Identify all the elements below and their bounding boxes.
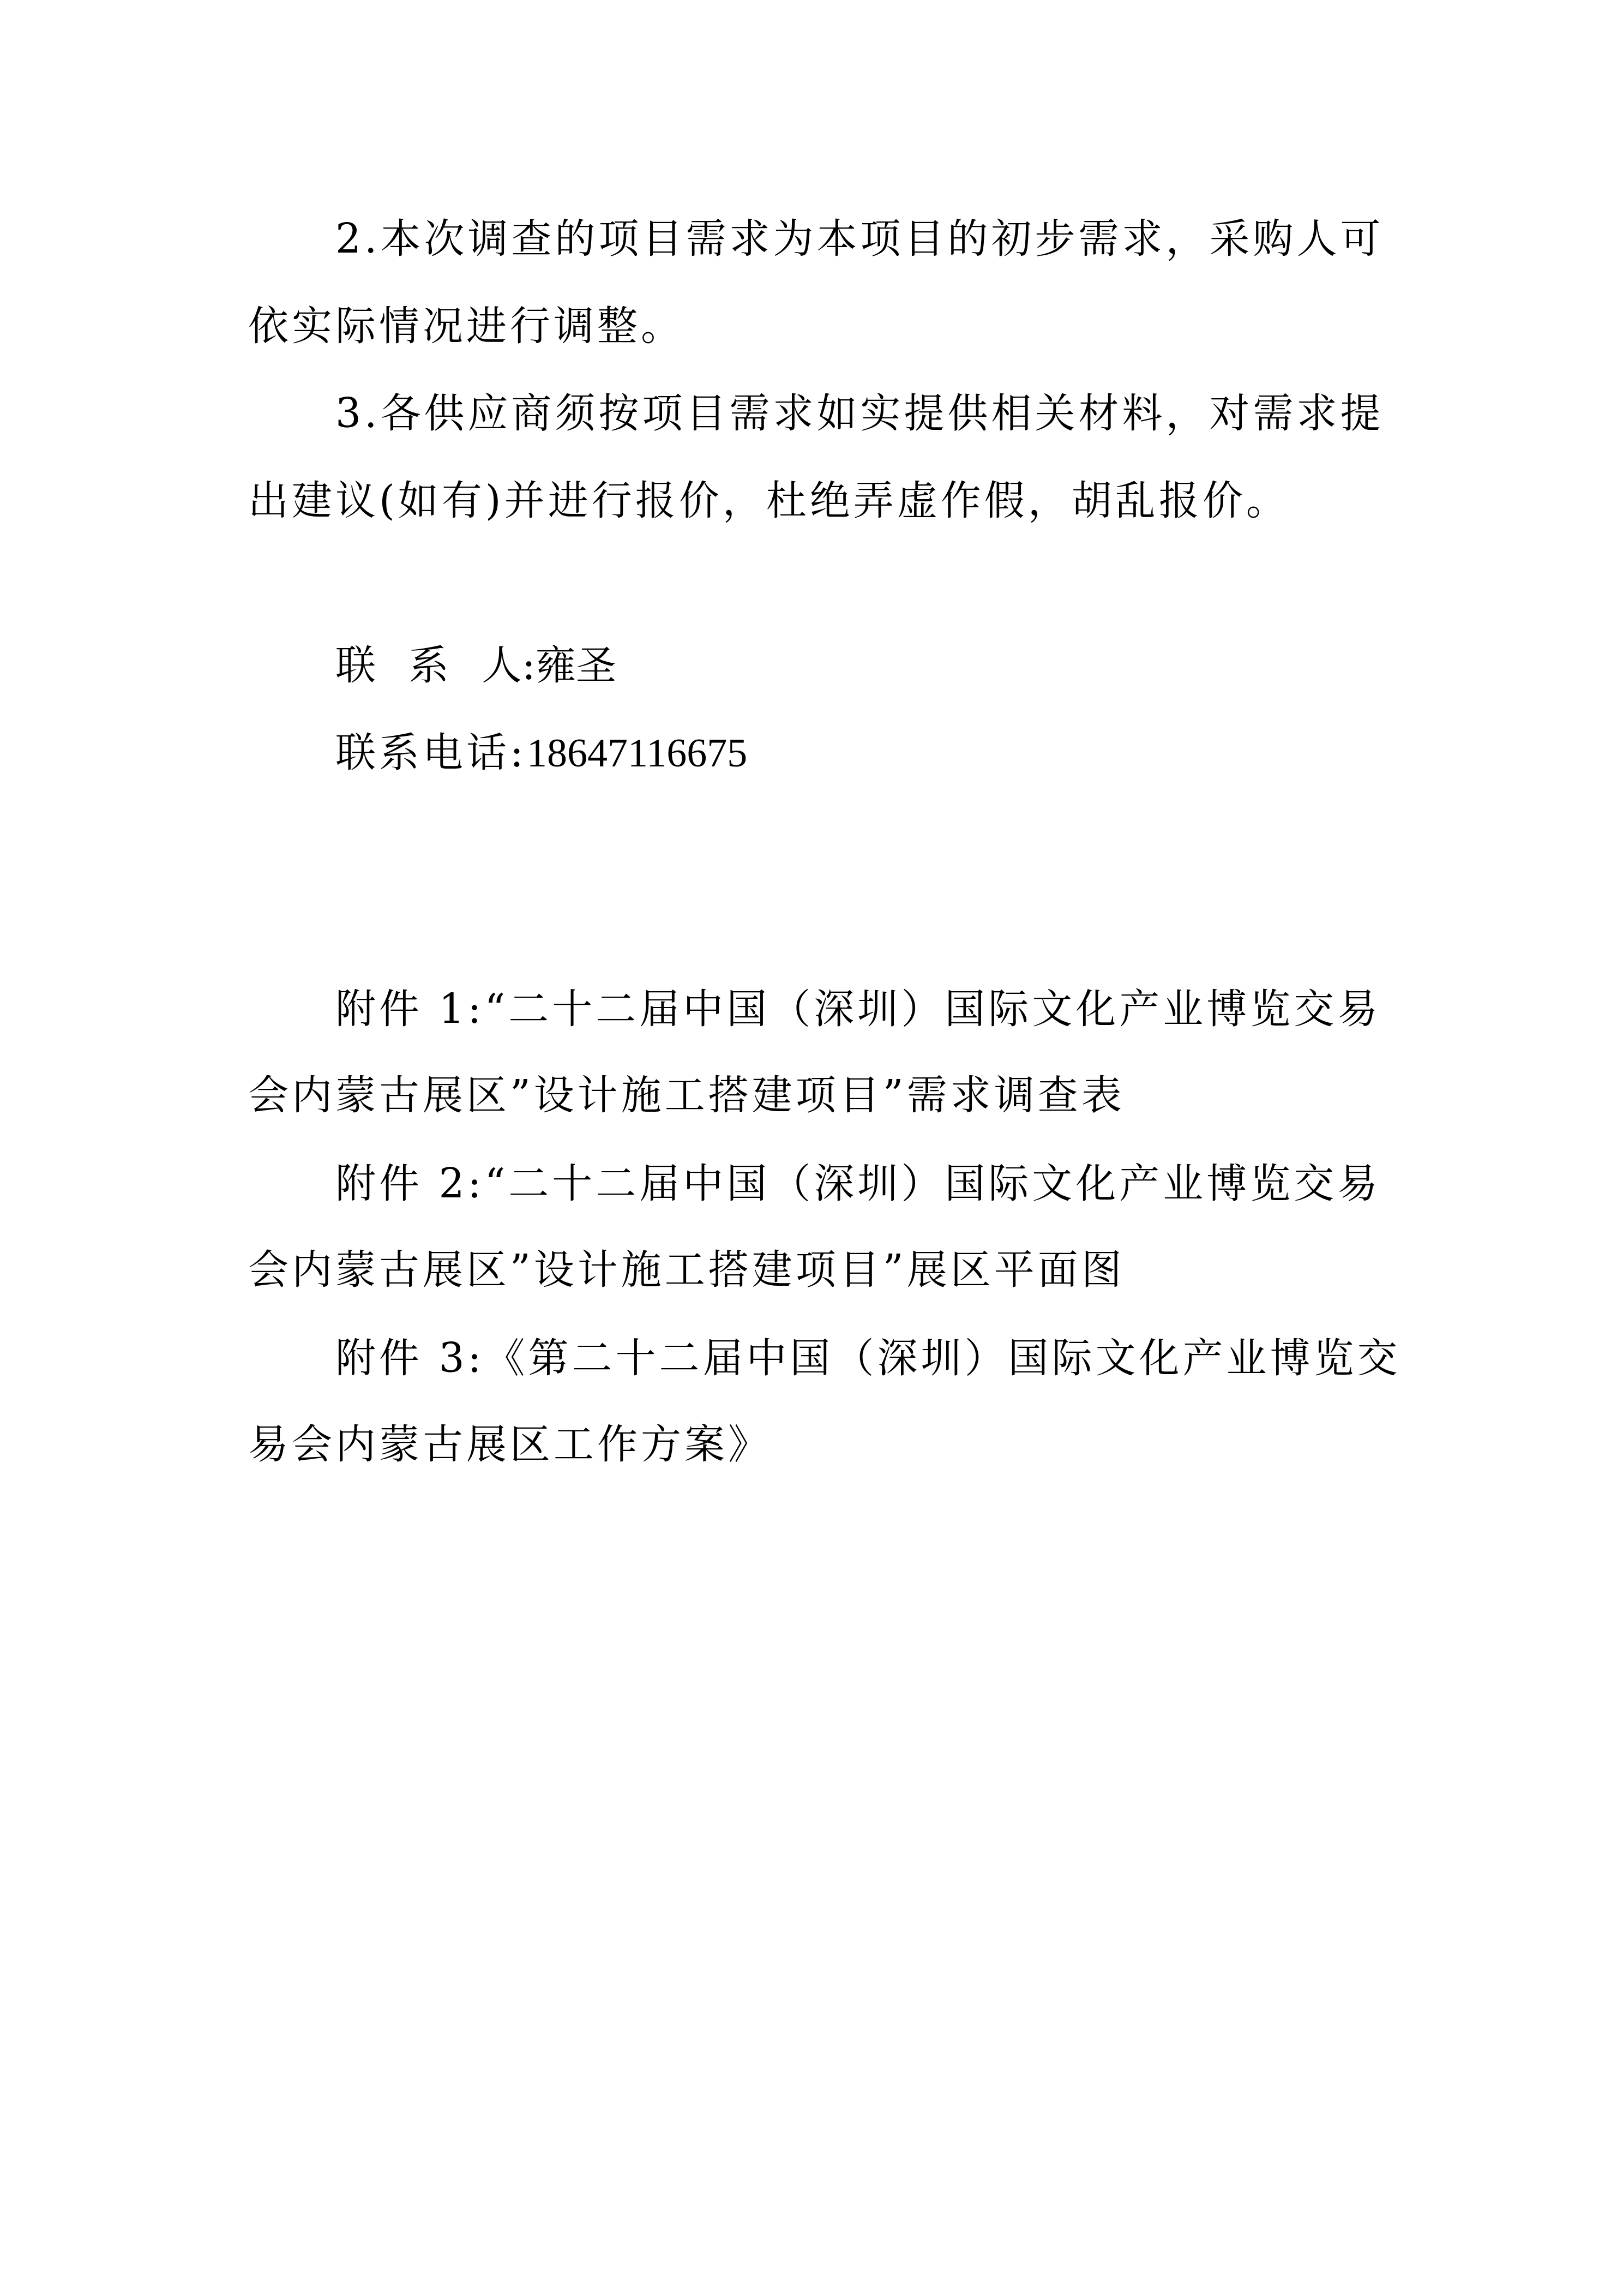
paragraph-item-2-line-1: 2.本次调查的项目需求为本项目的初步需求，采购人可 <box>335 212 1384 266</box>
contact-person: 联系人:雍圣 <box>335 638 616 693</box>
attachment-3-line-1: 附件 3:《第二十二届中国（深圳）国际文化产业博览交 <box>335 1331 1401 1386</box>
contact-phone-label: 联系电话: <box>335 729 527 776</box>
attachment-2-line-2: 会内蒙古展区”设计施工搭建项目”展区平面图 <box>248 1243 1125 1297</box>
paragraph-item-3-line-1: 3.各供应商须按项目需求如实提供相关材料，对需求提 <box>335 386 1384 441</box>
document-page: 2.本次调查的项目需求为本项目的初步需求，采购人可 依实际情况进行调整。 3.各… <box>0 0 1623 2296</box>
attachment-2-line-1: 附件 2:“二十二届中国（深圳）国际文化产业博览交易 <box>335 1156 1381 1211</box>
contact-person-name: 雍圣 <box>536 642 616 689</box>
paragraph-item-2-line-2: 依实际情况进行调整。 <box>248 299 684 353</box>
attachment-3-line-2: 易会内蒙古展区工作方案》 <box>248 1417 772 1472</box>
contact-person-label-char-2: 系 <box>408 642 449 689</box>
attachment-1-line-1: 附件 1:“二十二届中国（深圳）国际文化产业博览交易 <box>335 982 1381 1036</box>
contact-phone-number: 18647116675 <box>527 731 747 776</box>
contact-phone: 联系电话:18647116675 <box>335 726 747 781</box>
attachment-1-line-2: 会内蒙古展区”设计施工搭建项目”需求调查表 <box>248 1068 1125 1123</box>
contact-person-label-char-3: 人 <box>482 642 522 689</box>
paragraph-item-3-line-2: 出建议(如有)并进行报价，杜绝弄虚作假，胡乱报价。 <box>248 473 1290 528</box>
contact-person-label-char-1: 联 <box>335 642 376 689</box>
contact-person-separator: : <box>522 642 536 689</box>
